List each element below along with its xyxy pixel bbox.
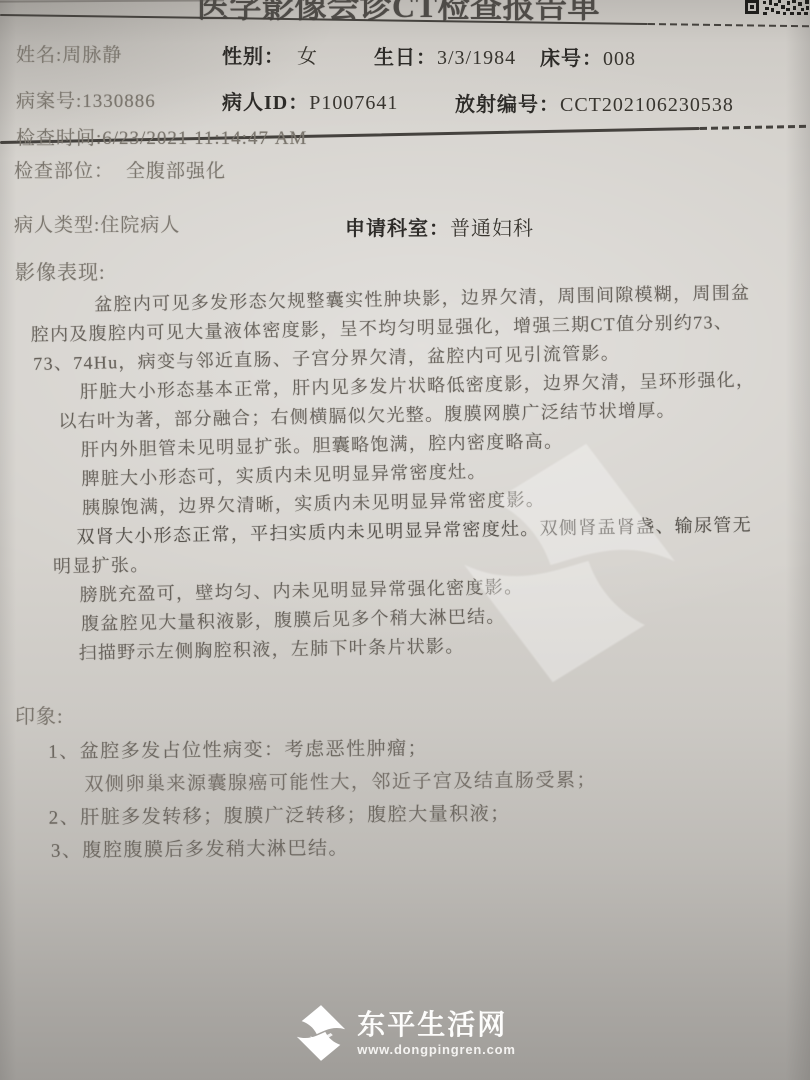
title-underline-dashes bbox=[648, 23, 810, 27]
site-watermark-badge: 东平生活网 www.dongpingren.com bbox=[0, 1004, 810, 1062]
request-dept-value: 普通妇科 bbox=[450, 218, 534, 240]
exam-part-value: 全腹部强化 bbox=[126, 161, 226, 182]
birthdate-value: 3/3/1984 bbox=[437, 47, 516, 69]
case-number-label: 病案号: bbox=[16, 91, 82, 112]
request-dept-field: 申请科室：普通妇科 bbox=[345, 212, 534, 241]
birthdate-field: 生日：3/3/1984 bbox=[374, 41, 516, 70]
exam-time-field: 检查时间:6/23/2021 11:14:47 AM bbox=[16, 123, 307, 150]
findings-text-block: 盆腔内可见多发形态欠规整囊实性肿块影，边界欠清，周围间隙模糊，周围盆 腔内及腹腔… bbox=[20, 278, 807, 669]
request-dept-label: 申请科室： bbox=[345, 218, 450, 240]
patient-id-field: 病人ID：P1007641 bbox=[222, 86, 398, 115]
patient-type-value: 住院病人 bbox=[100, 215, 180, 236]
sex-label: 性别： bbox=[222, 46, 285, 68]
header-divider-dashes bbox=[700, 125, 810, 130]
case-number-field: 病案号:1330886 bbox=[16, 86, 156, 113]
exam-time-value: 6/23/2021 11:14:47 AM bbox=[102, 128, 307, 149]
findings-section-label: 影像表现: bbox=[15, 256, 106, 285]
exam-time-label: 检查时间: bbox=[16, 128, 102, 149]
radiology-number-label: 放射编号： bbox=[455, 94, 560, 116]
exam-part-label: 检查部位： bbox=[14, 161, 114, 182]
patient-id-label: 病人ID： bbox=[222, 92, 309, 114]
patient-name-field: 姓名:周脉静 bbox=[16, 40, 122, 67]
case-number-value: 1330886 bbox=[82, 91, 156, 112]
bed-number-value: 008 bbox=[603, 48, 636, 70]
qr-code-fragment bbox=[745, 0, 809, 16]
site-watermark-text: 东平生活网 www.dongpingren.com bbox=[357, 1010, 515, 1057]
radiology-number-field: 放射编号：CCT202106230538 bbox=[455, 88, 734, 117]
ct-report-photo: 医学影像会诊CT检查报告单 姓名:周脉静 性 bbox=[0, 0, 810, 1080]
patient-id-value: P1007641 bbox=[309, 92, 398, 114]
sex-field: 性别：女 bbox=[222, 40, 318, 69]
radiology-number-value: CCT202106230538 bbox=[560, 94, 734, 116]
patient-type-label: 病人类型: bbox=[14, 215, 100, 236]
site-url: www.dongpingren.com bbox=[357, 1042, 515, 1057]
patient-type-field: 病人类型:住院病人 bbox=[14, 210, 180, 237]
impression-line: 3、腹腔腹膜后多发稍大淋巴结。 bbox=[21, 828, 781, 868]
sex-value: 女 bbox=[297, 46, 318, 68]
patient-name-label: 姓名: bbox=[16, 45, 62, 66]
exam-part-field: 检查部位：全腹部强化 bbox=[14, 156, 226, 183]
impression-section-label: 印象: bbox=[15, 700, 64, 729]
birthdate-label: 生日： bbox=[374, 47, 437, 69]
site-name: 东平生活网 bbox=[357, 1010, 507, 1040]
section-divider-partial bbox=[0, 0, 224, 2]
bed-number-label: 床号： bbox=[540, 48, 603, 70]
site-logo-icon bbox=[294, 1004, 348, 1062]
patient-name-value: 周脉静 bbox=[62, 45, 122, 66]
impression-text-block: 1、盆腔多发占位性病变：考虑恶性肿瘤； 双侧卵巢来源囊腺癌可能性大，邻近子宫及结… bbox=[20, 729, 781, 868]
bed-number-field: 床号：008 bbox=[540, 42, 636, 71]
